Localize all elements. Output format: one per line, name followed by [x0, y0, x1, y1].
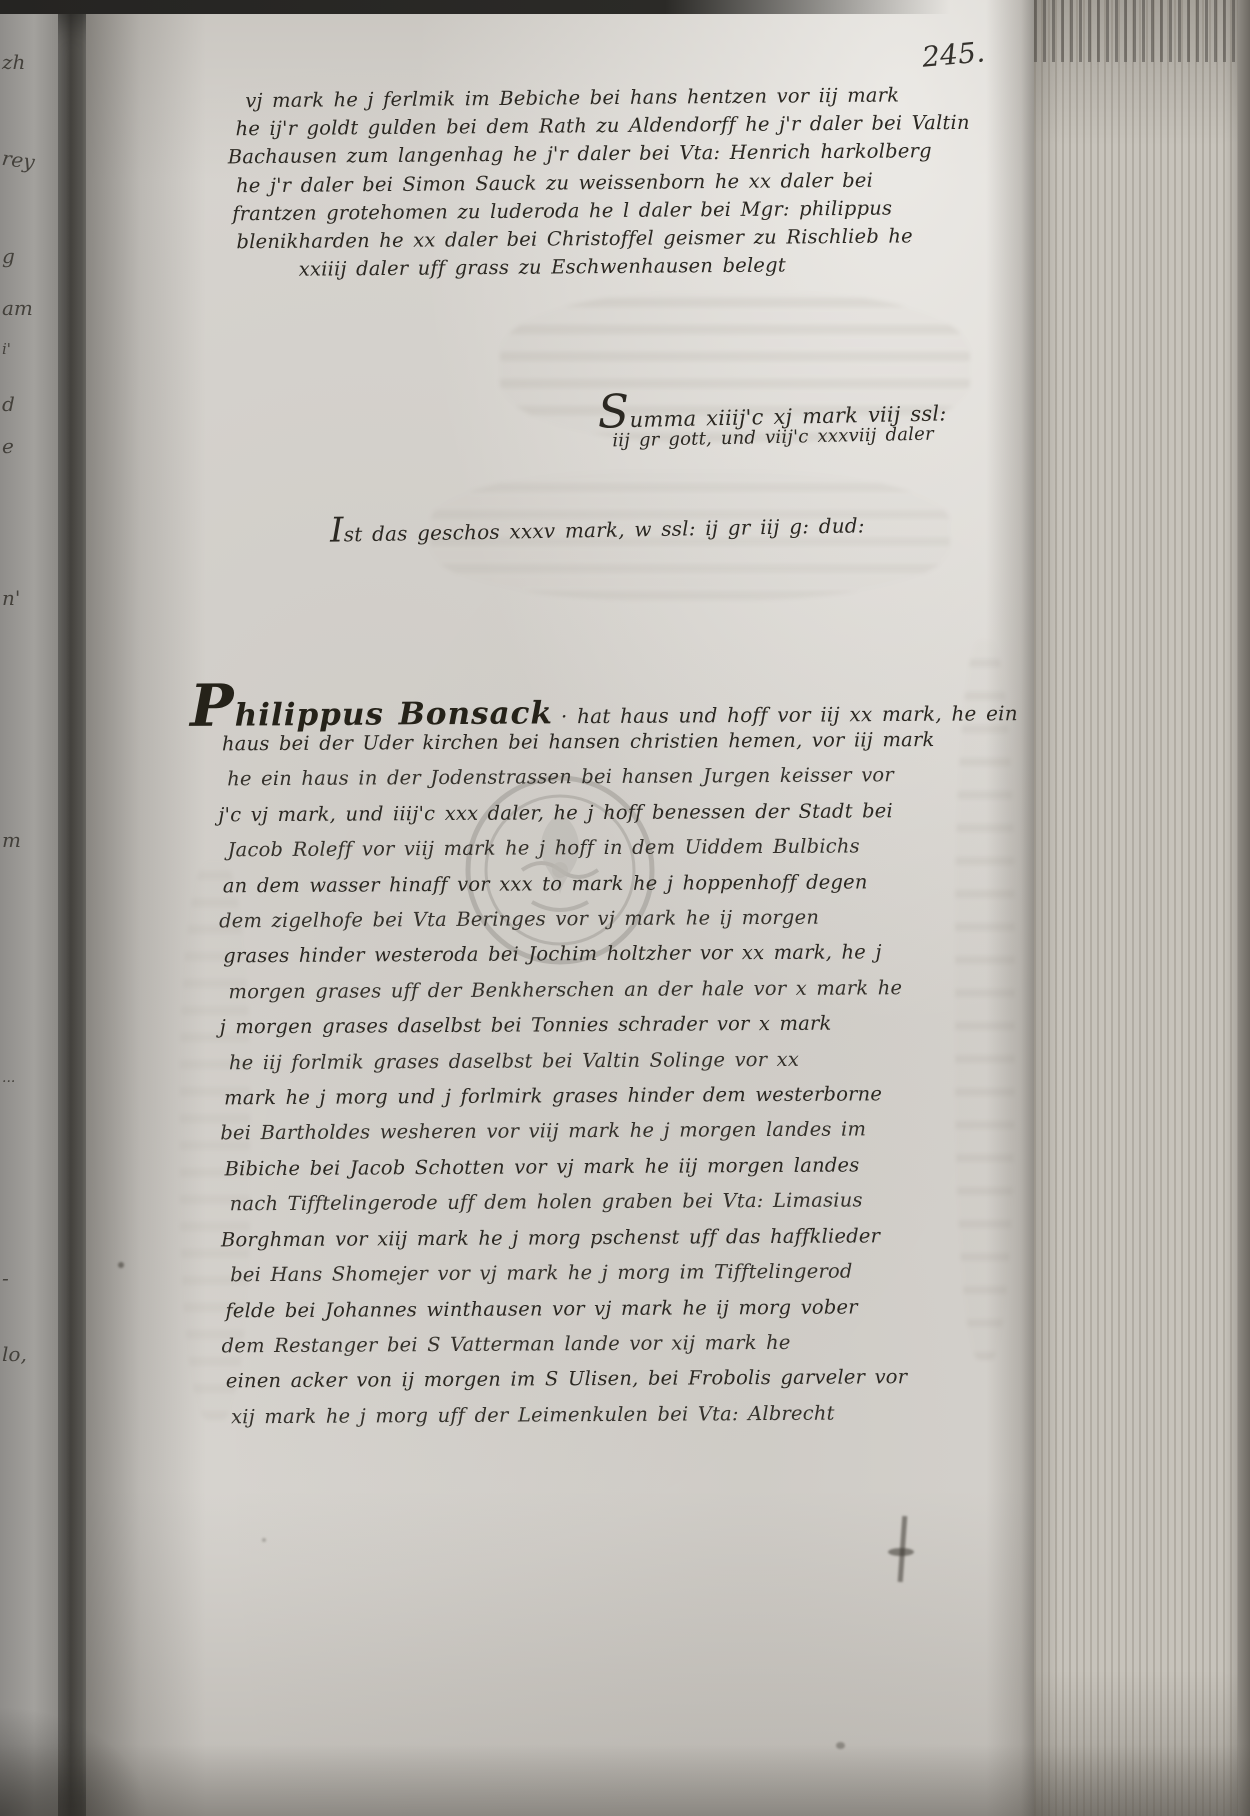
manuscript-line: einen acker von ij morgen im S Ulisen, b… [226, 1359, 992, 1399]
facing-page-edge [0, 0, 62, 1816]
manuscript-line: bei Hans Shomejer vor vj mark he j morg … [230, 1253, 991, 1293]
manuscript-line: dem Restanger bei S Vatterman lande vor … [222, 1324, 992, 1364]
book-right-edge [1238, 0, 1250, 1816]
manuscript-line: mark he j morg und j forlmirk grases hin… [224, 1076, 990, 1116]
page-bottom-shadow [0, 1744, 1250, 1816]
ink-smudge [888, 1548, 914, 1556]
bottom-left-corner-shadow [0, 1706, 150, 1816]
ink-speck [262, 1538, 266, 1542]
fore-edge-page-stack [1034, 0, 1250, 1816]
manuscript-line: xxiiij daler uff grass zu Eschwenhausen … [299, 250, 987, 284]
book-top-edge [0, 0, 950, 14]
entry-body: haus bei der Uder kirchen bei hansen chr… [222, 722, 992, 1435]
manuscript-line: he iij forlmik grases daselbst bei Valti… [229, 1040, 990, 1080]
manuscript-line: Bibiche bei Jacob Schotten vor vj mark h… [224, 1147, 990, 1187]
margin-fragment: d [2, 392, 15, 416]
gutter-shadow [86, 0, 206, 1816]
manuscript-line: j morgen grases daselbst bei Tonnies sch… [220, 1005, 990, 1045]
manuscript-line: grases hinder westeroda bei Jochim holtz… [223, 934, 989, 974]
margin-fragment: lo, [2, 1342, 27, 1366]
binding-gutter [58, 0, 86, 1816]
margin-fragment: rey [0, 146, 36, 174]
manuscript-line: xij mark he j morg uff der Leimenkulen b… [231, 1394, 992, 1434]
manuscript-line: dem zigelhofe bei Vta Beringes vor vj ma… [219, 899, 989, 939]
margin-fragment: m [2, 828, 21, 852]
folio-number: 245. [921, 35, 987, 73]
margin-fragment: ... [2, 1070, 15, 1086]
manuscript-line: nach Tifftelingerode uff dem holen grabe… [230, 1182, 991, 1222]
margin-fragment: e [2, 434, 14, 458]
ink-speck [836, 1742, 845, 1749]
manuscript-line: Jacob Roleff vor viij mark he j hoff in … [227, 828, 988, 868]
manuscript-line: haus bei der Uder kirchen bei hansen chr… [222, 722, 988, 762]
manuscript-photo: 245. vj mark he j ferlmik im Bebiche bei… [0, 0, 1250, 1816]
manuscript-line: felde bei Johannes winthausen vor vj mar… [225, 1288, 991, 1328]
summa-block: Summa xiiij'c xj mark viij ssl: iij gr g… [598, 394, 948, 451]
manuscript-line: he ein haus in der Jodenstrassen bei han… [227, 757, 988, 797]
manuscript-line: an dem wasser hinaff vor xxx to mark he … [223, 863, 989, 903]
margin-fragment: i' [2, 340, 11, 358]
margin-fragment: n' [2, 586, 20, 610]
margin-fragment: - [2, 1266, 9, 1290]
top-paragraph: vj mark he j ferlmik im Bebiche bei hans… [235, 81, 987, 285]
margin-fragment: zh [2, 50, 25, 74]
fore-edge-top-streaks [1034, 0, 1250, 62]
ink-speck [118, 1262, 124, 1268]
margin-fragment: g [2, 244, 15, 268]
manuscript-line: bei Bartholdes wesheren vor viij mark he… [220, 1111, 990, 1151]
manuscript-line: Borghman vor xiij mark he j morg pschens… [221, 1217, 991, 1257]
margin-fragment: am [2, 296, 33, 320]
manuscript-line: j'c vj mark, und iiij'c xxx daler, he j … [218, 792, 988, 832]
manuscript-line: morgen grases uff der Benkherschen an de… [228, 970, 989, 1010]
page-curl-shadow [986, 0, 1036, 1816]
